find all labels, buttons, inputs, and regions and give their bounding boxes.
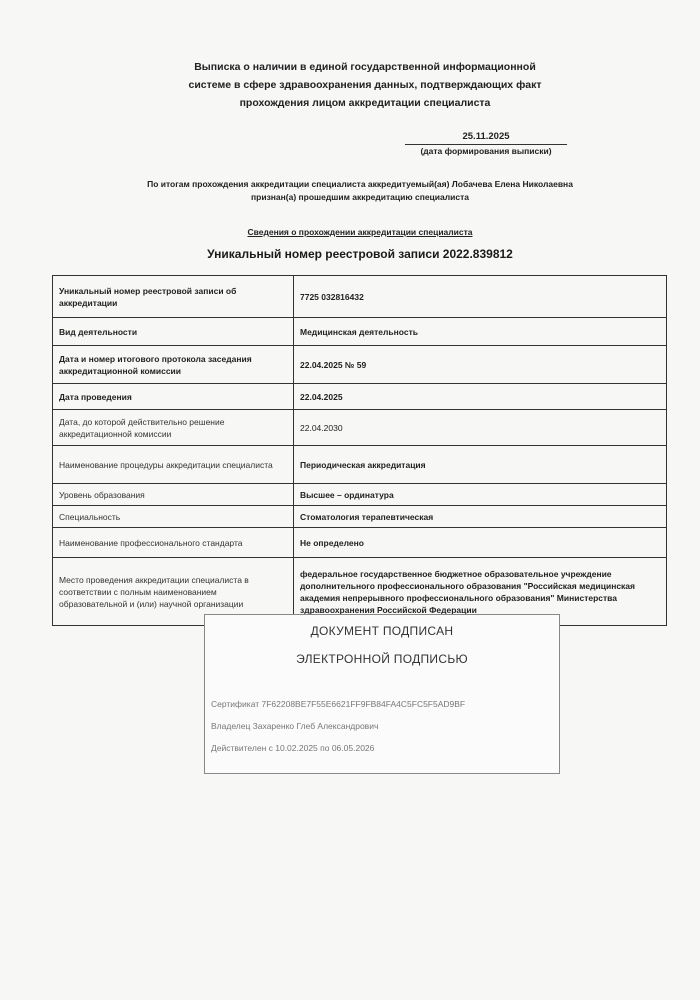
table-row: Вид деятельности Медицинская деятельност… — [53, 318, 667, 346]
section-title: Сведения о прохождении аккредитации спец… — [190, 227, 530, 237]
row-label: Наименование процедуры аккредитации спец… — [53, 446, 294, 484]
intro-text: По итогам прохождения аккредитации специ… — [100, 178, 620, 204]
intro-line: По итогам прохождения аккредитации специ… — [100, 178, 620, 191]
title-line: прохождения лицом аккредитации специалис… — [150, 94, 580, 112]
table-row: Дата, до которой действительно решение а… — [53, 410, 667, 446]
electronic-signature-stamp: ДОКУМЕНТ ПОДПИСАН ЭЛЕКТРОННОЙ ПОДПИСЬЮ С… — [204, 614, 560, 774]
signature-validity: Действителен с 10.02.2025 по 06.05.2026 — [211, 743, 559, 753]
row-label: Дата и номер итогового протокола заседан… — [53, 346, 294, 384]
row-value: Медицинская деятельность — [294, 318, 667, 346]
title-line: системе в сфере здравоохранения данных, … — [150, 76, 580, 94]
issue-date-caption: (дата формирования выписки) — [405, 145, 567, 156]
row-label: Вид деятельности — [53, 318, 294, 346]
row-label: Наименование профессионального стандарта — [53, 528, 294, 558]
table-row: Специальность Стоматология терапевтическ… — [53, 506, 667, 528]
row-label: Уровень образования — [53, 484, 294, 506]
table-row: Наименование профессионального стандарта… — [53, 528, 667, 558]
signature-owner: Владелец Захаренко Глеб Александрович — [211, 721, 559, 731]
row-label: Специальность — [53, 506, 294, 528]
row-label: Дата проведения — [53, 384, 294, 410]
signature-heading: ДОКУМЕНТ ПОДПИСАН — [205, 624, 559, 638]
accreditation-info-table: Уникальный номер реестровой записи об ак… — [52, 275, 667, 626]
row-value: Высшее – ординатура — [294, 484, 667, 506]
row-value: Стоматология терапевтическая — [294, 506, 667, 528]
title-line: Выписка о наличии в единой государственн… — [150, 58, 580, 76]
registry-number-title: Уникальный номер реестровой записи 2022.… — [170, 247, 550, 261]
row-value: 7725 032816432 — [294, 276, 667, 318]
table-row: Уровень образования Высшее – ординатура — [53, 484, 667, 506]
issue-date: 25.11.2025 — [405, 131, 567, 145]
row-value: Не определено — [294, 528, 667, 558]
signature-certificate: Сертификат 7F62208BE7F55E6621FF9FB84FA4C… — [211, 699, 559, 709]
table-row: Наименование процедуры аккредитации спец… — [53, 446, 667, 484]
row-value: 22.04.2030 — [294, 410, 667, 446]
row-value: 22.04.2025 — [294, 384, 667, 410]
issue-date-block: 25.11.2025 (дата формирования выписки) — [405, 131, 567, 156]
row-value: Периодическая аккредитация — [294, 446, 667, 484]
row-label: Дата, до которой действительно решение а… — [53, 410, 294, 446]
table-row: Уникальный номер реестровой записи об ак… — [53, 276, 667, 318]
intro-line: признан(а) прошедшим аккредитацию специа… — [100, 191, 620, 204]
row-label: Уникальный номер реестровой записи об ак… — [53, 276, 294, 318]
table-row: Дата проведения 22.04.2025 — [53, 384, 667, 410]
signature-heading: ЭЛЕКТРОННОЙ ПОДПИСЬЮ — [205, 652, 559, 666]
row-value: 22.04.2025 № 59 — [294, 346, 667, 384]
document-title: Выписка о наличии в единой государственн… — [150, 58, 580, 112]
table-row: Дата и номер итогового протокола заседан… — [53, 346, 667, 384]
document-page: Выписка о наличии в единой государственн… — [0, 0, 700, 1000]
